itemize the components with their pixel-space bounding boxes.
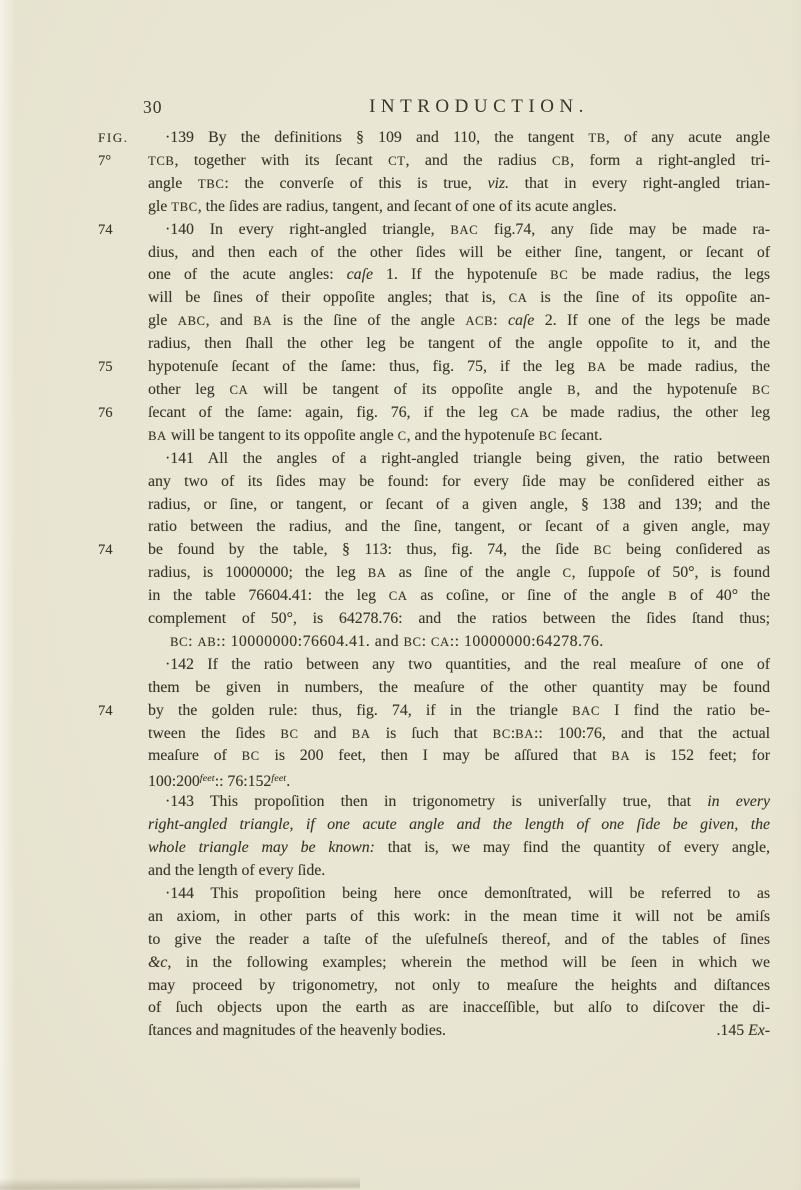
text-segment: feet xyxy=(200,773,215,784)
text-line: 100:200feet:: 76:152feet. xyxy=(148,768,770,791)
text-segment: will be tangent of its oppoſite angle xyxy=(248,381,567,398)
text-segment: of 40° the xyxy=(677,587,770,604)
triangle-label: CA xyxy=(389,589,408,603)
text-line: to give the reader a taſte of the uſeful… xyxy=(148,929,770,952)
triangle-label: TBC xyxy=(171,200,197,214)
text-segment: , form a right-angled tri- xyxy=(570,152,770,169)
text-line: in the table 76604.41: the leg CA as coſ… xyxy=(148,585,770,608)
text-segment: . xyxy=(286,773,290,790)
text-segment: angle xyxy=(148,175,198,192)
text-segment: is 152 feet; for xyxy=(630,747,770,764)
text-line: any two of its ſides may be found: for e… xyxy=(148,471,770,494)
text-line: ·142 If the ratio between any two quanti… xyxy=(148,654,770,677)
margin-figure-ref: 74 xyxy=(98,700,140,723)
text-segment: that is, we may find the quantity of eve… xyxy=(375,839,770,856)
triangle-label: TB xyxy=(588,131,605,145)
text-line: whole triangle may be known: that is, we… xyxy=(148,837,770,860)
triangle-label: CB xyxy=(552,154,570,168)
text-line: dius, and then each of the other ſides w… xyxy=(148,242,770,265)
text-segment: one of the acute angles: xyxy=(148,266,347,283)
text-segment: I find the ratio be- xyxy=(600,702,770,719)
text-segment: is 200 feet, then I may be aſſured that xyxy=(260,747,612,764)
text-segment: viz. xyxy=(487,175,509,192)
text-segment: feet xyxy=(271,773,286,784)
text-segment: in every xyxy=(707,793,770,810)
triangle-label: C xyxy=(563,566,572,580)
text-segment: , of any acute angle xyxy=(606,129,770,146)
text-segment: ·140 In every right-angled triangle, xyxy=(165,221,450,238)
text-line: right-angled triangle, if one acute angl… xyxy=(148,814,770,837)
text-segment: meaſure of xyxy=(148,747,242,764)
text-line: them be given in numbers, the meaſure of… xyxy=(148,677,770,700)
triangle-label: BA xyxy=(368,566,387,580)
text-line: BC: AB:: 10000000:76604.41. and BC: CA::… xyxy=(148,631,770,654)
text-segment: , the ſides are radius, tangent, and ſec… xyxy=(198,198,617,215)
text-line: &c, in the following examples; wherein t… xyxy=(148,952,770,975)
text-segment: as coſine, or ſine of the angle xyxy=(408,587,669,604)
triangle-label: ACB xyxy=(465,314,493,328)
text-segment: in the table 76604.41: the leg xyxy=(148,587,389,604)
triangle-label: ABC xyxy=(178,314,206,328)
text-line: 7°TCB, together with its ſecant CT, and … xyxy=(148,150,770,173)
text-line: 74·140 In every right-angled triangle, B… xyxy=(148,219,770,242)
text-line: ·144 This propoſition being here once de… xyxy=(148,883,770,906)
text-segment: , in the following examples; wherein the… xyxy=(167,954,770,971)
triangle-label: C xyxy=(398,429,407,443)
text-segment: and the length of every ſide. xyxy=(148,862,325,879)
text-segment: be made radius, the legs xyxy=(568,266,770,283)
text-line: meaſure of BC is 200 feet, then I may be… xyxy=(148,745,770,768)
triangle-label: AB xyxy=(197,635,216,649)
catchword: .145 Ex- xyxy=(716,1020,770,1043)
text-block: FIG.·139 By the definitions § 109 and 11… xyxy=(148,127,770,1043)
text-segment: as ſine of the angle xyxy=(387,564,563,581)
text-segment: right-angled triangle, if one acute angl… xyxy=(148,816,770,833)
text-segment: fig.74, any ſide may be made ra- xyxy=(478,221,770,238)
text-segment: be made radius, the other leg xyxy=(529,404,770,421)
triangle-label: TBC xyxy=(198,177,224,191)
triangle-label: CA xyxy=(229,383,248,397)
text-segment: .145 xyxy=(716,1022,748,1039)
text-segment: 100:200 xyxy=(148,773,200,790)
text-segment: , ſuppoſe of 50°, is found xyxy=(572,564,770,581)
text-segment: :: 76:152 xyxy=(215,773,272,790)
triangle-label: BAC xyxy=(572,704,600,718)
text-segment: be found by the table, § 113: thus, fig.… xyxy=(148,541,593,558)
text-line: ·141 All the angles of a right-angled tr… xyxy=(148,448,770,471)
text-segment: :: 10000000:76604.41. and xyxy=(216,633,403,650)
text-line: gle ABC, and BA is the ſine of the angle… xyxy=(148,310,770,333)
page-edge-shadow xyxy=(0,1176,360,1190)
text-segment: and xyxy=(299,725,352,742)
triangle-label: BA xyxy=(515,727,534,741)
triangle-label: BC xyxy=(242,749,260,763)
text-segment: ſecant of the ſame: again, fig. 76, if t… xyxy=(148,404,511,421)
text-segment: radius, is 10000000; the leg xyxy=(148,564,368,581)
text-segment: ·144 This propoſition being here once de… xyxy=(165,885,770,902)
text-line: radius, or ſine, or tangent, or ſecant o… xyxy=(148,494,770,517)
text-line: one of the acute angles: caſe 1. If the … xyxy=(148,264,770,287)
text-segment: ·139 By the definitions § 109 and 110, t… xyxy=(165,129,588,146)
text-segment: tween the ſides xyxy=(148,725,280,742)
text-segment: ſecant. xyxy=(557,427,603,444)
text-segment: ·141 All the angles of a right-angled tr… xyxy=(165,450,770,467)
text-segment: be made radius, the xyxy=(606,358,770,375)
text-line: ·143 This propoſition then in trigonomet… xyxy=(148,791,770,814)
text-line: 75hypotenuſe ſecant of the ſame: thus, f… xyxy=(148,356,770,379)
text-line: tween the ſides BC and BA is ſuch that B… xyxy=(148,723,770,746)
text-segment: that in every right-angled trian- xyxy=(509,175,770,192)
text-segment: , and the hypotenuſe xyxy=(576,381,752,398)
text-line: of ſuch objects upon the earth as are in… xyxy=(148,997,770,1020)
text-line: ſtances and magnitudes of the heavenly b… xyxy=(148,1020,770,1043)
text-segment: will be tangent to its oppoſite angle xyxy=(167,427,398,444)
text-line: 76ſecant of the ſame: again, fig. 76, if… xyxy=(148,402,770,425)
text-line: angle TBC: the converſe of this is true,… xyxy=(148,173,770,196)
text-segment: gle xyxy=(148,312,178,329)
triangle-label: CT xyxy=(388,154,405,168)
text-segment: , and xyxy=(206,312,254,329)
text-segment: :: 10000000:64278.76. xyxy=(450,633,604,650)
text-segment: is ſuch that xyxy=(371,725,493,742)
text-segment: ·142 If the ratio between any two quanti… xyxy=(165,656,770,673)
text-segment: whole triangle may be known: xyxy=(148,839,375,856)
text-segment: other leg xyxy=(148,381,229,398)
triangle-label: BC xyxy=(493,727,511,741)
text-segment: is the ſine of its oppoſite an- xyxy=(527,289,770,306)
text-segment: them be given in numbers, the meaſure of… xyxy=(148,679,770,696)
triangle-label: CA xyxy=(509,291,528,305)
text-segment: being conſidered as xyxy=(612,541,770,558)
text-segment: Ex- xyxy=(748,1022,770,1039)
text-segment: &c xyxy=(148,954,167,971)
triangle-label: B xyxy=(668,589,677,603)
text-line: will be ſines of their oppoſite angles; … xyxy=(148,287,770,310)
text-segment: will be ſines of their oppoſite angles; … xyxy=(148,289,509,306)
text-segment: caſe xyxy=(347,266,373,283)
book-page: 30 INTRODUCTION. FIG.·139 By the definit… xyxy=(0,0,801,1190)
triangle-label: BA xyxy=(148,429,167,443)
text-segment: , together with its ſecant xyxy=(174,152,388,169)
text-segment: may proceed by trigonometry, not only to… xyxy=(148,977,770,994)
text-line: gle TBC, the ſides are radius, tangent, … xyxy=(148,196,770,219)
triangle-label: BC xyxy=(280,727,298,741)
triangle-label: BC xyxy=(170,635,188,649)
text-line: other leg CA will be tangent of its oppo… xyxy=(148,379,770,402)
text-segment: radius, then ſhall the other leg be tang… xyxy=(148,335,770,352)
text-segment: : the converſe of this is true, xyxy=(224,175,487,192)
triangle-label: BA xyxy=(588,360,607,374)
triangle-label: BAC xyxy=(450,223,478,237)
triangle-label: B xyxy=(567,383,576,397)
text-segment: radius, or ſine, or tangent, or ſecant o… xyxy=(148,496,770,513)
text-line: an axiom, in other parts of this work: i… xyxy=(148,906,770,929)
triangle-label: BC xyxy=(403,635,421,649)
triangle-label: CA xyxy=(511,406,530,420)
text-line: ratio between the radius, and the ſine, … xyxy=(148,516,770,539)
text-segment: : xyxy=(422,633,431,650)
text-line: BA will be tangent to its oppoſite angle… xyxy=(148,425,770,448)
triangle-label: BC xyxy=(550,268,568,282)
text-segment: is the ſine of the angle xyxy=(272,312,465,329)
text-segment: ratio between the radius, and the ſine, … xyxy=(148,518,770,535)
text-segment: hypotenuſe ſecant of the ſame: thus, fig… xyxy=(148,358,588,375)
running-header: INTRODUCTION. xyxy=(148,96,770,118)
text-line: radius, is 10000000; the leg BA as ſine … xyxy=(148,562,770,585)
text-segment: an axiom, in other parts of this work: i… xyxy=(148,908,770,925)
margin-figure-ref: 76 xyxy=(98,402,140,425)
figure-column-label: FIG. xyxy=(98,127,140,150)
text-line: 74be found by the table, § 113: thus, fi… xyxy=(148,539,770,562)
margin-figure-ref: 74 xyxy=(98,219,140,242)
text-segment: ·143 This propoſition then in trigonomet… xyxy=(165,793,707,810)
triangle-label: CA xyxy=(431,635,450,649)
text-line: complement of 50°, is 64278.76: and the … xyxy=(148,608,770,631)
text-segment: of ſuch objects upon the earth as are in… xyxy=(148,999,770,1016)
text-segment: gle xyxy=(148,198,171,215)
text-segment: ſtances and magnitudes of the heavenly b… xyxy=(148,1022,446,1039)
text-line: 74by the golden rule: thus, fig. 74, if … xyxy=(148,700,770,723)
text-line: and the length of every ſide. xyxy=(148,860,770,883)
margin-figure-ref: 74 xyxy=(98,539,140,562)
text-segment: dius, and then each of the other ſides w… xyxy=(148,244,770,261)
text-segment: :: 100:76, and that the actual xyxy=(534,725,770,742)
margin-figure-ref: 75 xyxy=(98,356,140,379)
text-segment: to give the reader a taſte of the uſeful… xyxy=(148,931,770,948)
text-segment: any two of its ſides may be found: for e… xyxy=(148,473,770,490)
text-segment: , and the hypotenuſe xyxy=(407,427,539,444)
triangle-label: BC xyxy=(752,383,770,397)
triangle-label: TCB xyxy=(148,154,174,168)
triangle-label: BC xyxy=(593,543,611,557)
triangle-label: BA xyxy=(611,749,630,763)
text-line: may proceed by trigonometry, not only to… xyxy=(148,975,770,998)
text-line: FIG.·139 By the definitions § 109 and 11… xyxy=(148,127,770,150)
text-line: radius, then ſhall the other leg be tang… xyxy=(148,333,770,356)
triangle-label: BA xyxy=(253,314,272,328)
triangle-label: BA xyxy=(352,727,371,741)
text-segment: by the golden rule: thus, fig. 74, if in… xyxy=(148,702,572,719)
text-segment: caſe xyxy=(508,312,534,329)
text-segment: : xyxy=(493,312,508,329)
text-segment: complement of 50°, is 64278.76: and the … xyxy=(148,610,770,627)
text-segment: 1. If the hypotenuſe xyxy=(373,266,550,283)
triangle-label: BC xyxy=(539,429,557,443)
text-segment: 2. If one of the legs be made xyxy=(534,312,770,329)
text-segment: , and the radius xyxy=(406,152,552,169)
margin-figure-ref: 7° xyxy=(98,150,140,173)
